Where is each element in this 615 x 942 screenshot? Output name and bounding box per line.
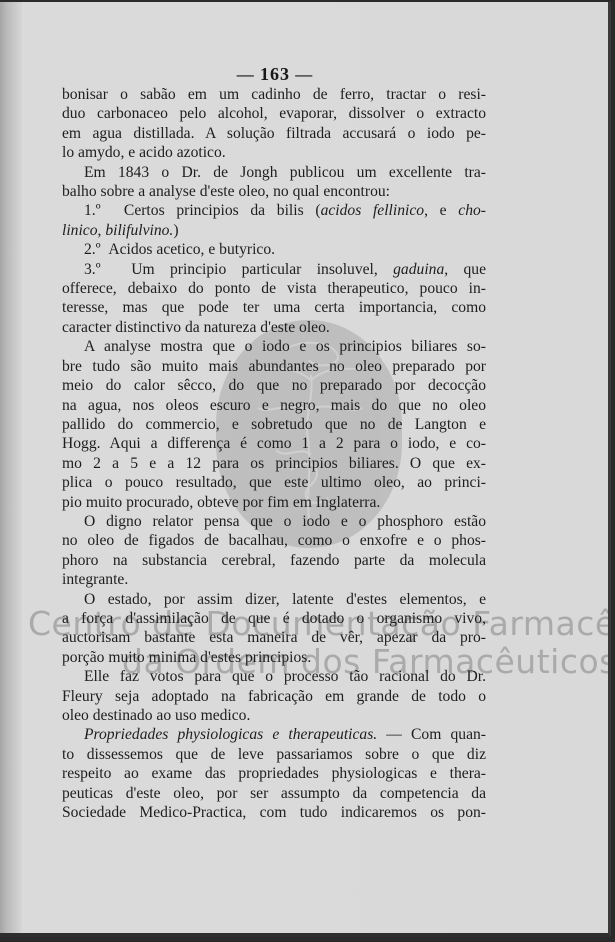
list-text: , e (424, 202, 458, 219)
text-line: meio do calor sêcco, do que no preparado… (62, 376, 486, 395)
section-heading-line: Propriedades physiologicas e therapeutic… (62, 725, 486, 744)
list-marker: 2.º (84, 241, 101, 258)
text-line: duo carbonaceo pelo alcohol, evaporar, d… (62, 104, 486, 123)
paragraph-4: O digno relator pensa que o iodo e o pho… (62, 512, 486, 590)
text-line: — Com quan- (377, 726, 486, 743)
paragraph-7: Propriedades physiologicas e therapeutic… (62, 725, 486, 822)
text-line: em agua distillada. A solução filtrada a… (62, 124, 486, 143)
text-line: plica o pouco resultado, que este ultimo… (62, 473, 486, 492)
text-line: oleo destinado ao uso medico. (62, 706, 486, 725)
list-item-line: linico, bilifulvino.) (62, 221, 486, 240)
text-line: a força d'assimilação de que é dotado o … (62, 609, 486, 628)
list-text: Certos principios da bilis ( (124, 202, 321, 219)
text-line: respeito ao exame das propriedades physi… (62, 764, 486, 783)
text-line: porção muito minima d'estes principios. (62, 648, 486, 667)
text-line: teresse, mas que pode ter uma certa impo… (62, 298, 486, 317)
text-line: auctorisam bastante esta maneira de vêr,… (62, 628, 486, 647)
text-line: phoro na substancia cerebral, fazendo pa… (62, 551, 486, 570)
section-heading: Propriedades physiologicas e therapeutic… (84, 726, 377, 743)
page-number: — 163 — (64, 64, 486, 85)
text-line: bonisar o sabão em um cadinho de ferro, … (62, 85, 486, 104)
text-line: peuticas d'este oleo, por ser assumpto d… (62, 784, 486, 803)
text-line: Fleury seja adoptado na fabricação em gr… (62, 687, 486, 706)
page-number-value: 163 (260, 64, 290, 84)
list-item-line: 2.º Acidos acetico, e butyrico. (62, 240, 486, 259)
list-item-line: 3.º Um principio particular insoluvel, g… (62, 260, 486, 279)
list-text: Acidos acetico, e butyrico. (108, 241, 275, 258)
text-line: mo 2 a 5 e a 12 para os principios bilia… (62, 454, 486, 473)
paragraph-5: O estado, por assim dizer, latente d'est… (62, 590, 486, 668)
list-marker: 1.º (84, 202, 101, 219)
scanned-page: Centro de Documentação Farmacêutica da O… (0, 2, 611, 937)
list-text: , que (444, 261, 486, 278)
text-line: lo amydo, e acido azotico. (62, 143, 486, 162)
text-line: pio muito procurado, obteve por fim em I… (62, 493, 486, 512)
paragraph-1: bonisar o sabão em um cadinho de ferro, … (62, 85, 486, 163)
page-number-dash-right: — (295, 65, 313, 84)
text-line: Sociedade Medico-Practica, com tudo indi… (62, 803, 486, 822)
text-line: O digno relator pensa que o iodo e o pho… (62, 512, 486, 531)
text-line: A analyse mostra que o iodo e os princip… (62, 337, 486, 356)
text-line: pallido do commercio, e sobretudo que no… (62, 415, 486, 434)
list-italic-term: gaduina (393, 261, 444, 278)
paragraph-3: A analyse mostra que o iodo e os princip… (62, 337, 486, 512)
text-line: caracter distinctivo da natureza d'este … (62, 318, 486, 337)
list-item-2: 2.º Acidos acetico, e butyrico. (62, 240, 486, 259)
list-item-line: 1.º Certos principios da bilis (acidos f… (62, 201, 486, 220)
text-line: offerece, debaixo do ponto de vista ther… (62, 279, 486, 298)
text-line: Hogg. Aqui a differença é como 1 a 2 par… (62, 434, 486, 453)
text-line: bre tudo são muito mais abundantes no ol… (62, 357, 486, 376)
text-line: na agua, nos oleos escuro e negro, mais … (62, 396, 486, 415)
page-spine-shadow (0, 2, 22, 933)
list-italic-term: cho- (458, 202, 486, 219)
page-number-dash-left: — (237, 65, 255, 84)
page-body: — 163 — bonisar o sabão em um cadinho de… (62, 64, 486, 822)
text-line: Em 1843 o Dr. de Jongh publicou um excel… (62, 163, 486, 182)
text-line: balho sobre a analyse d'este oleo, no qu… (62, 182, 486, 201)
list-text: Um principio particular insoluvel, (131, 261, 393, 278)
list-item-3: 3.º Um principio particular insoluvel, g… (62, 260, 486, 338)
text-line: no oleo de figados de bacalhau, como o e… (62, 531, 486, 550)
list-text: ) (173, 222, 178, 239)
list-italic-term: linico (62, 222, 98, 239)
list-italic-term: acidos fellinico (321, 202, 425, 219)
list-marker: 3.º (84, 261, 101, 278)
text-line: Elle faz votos para que o processo tão r… (62, 667, 486, 686)
paragraph-2: Em 1843 o Dr. de Jongh publicou um excel… (62, 163, 486, 202)
list-item-1: 1.º Certos principios da bilis (acidos f… (62, 201, 486, 240)
text-line: to dissessemos que de leve passariamos s… (62, 745, 486, 764)
list-italic-term: bilifulvino. (105, 222, 173, 239)
text-line: integrante. (62, 570, 486, 589)
paragraph-6: Elle faz votos para que o processo tão r… (62, 667, 486, 725)
text-line: O estado, por assim dizer, latente d'est… (62, 590, 486, 609)
